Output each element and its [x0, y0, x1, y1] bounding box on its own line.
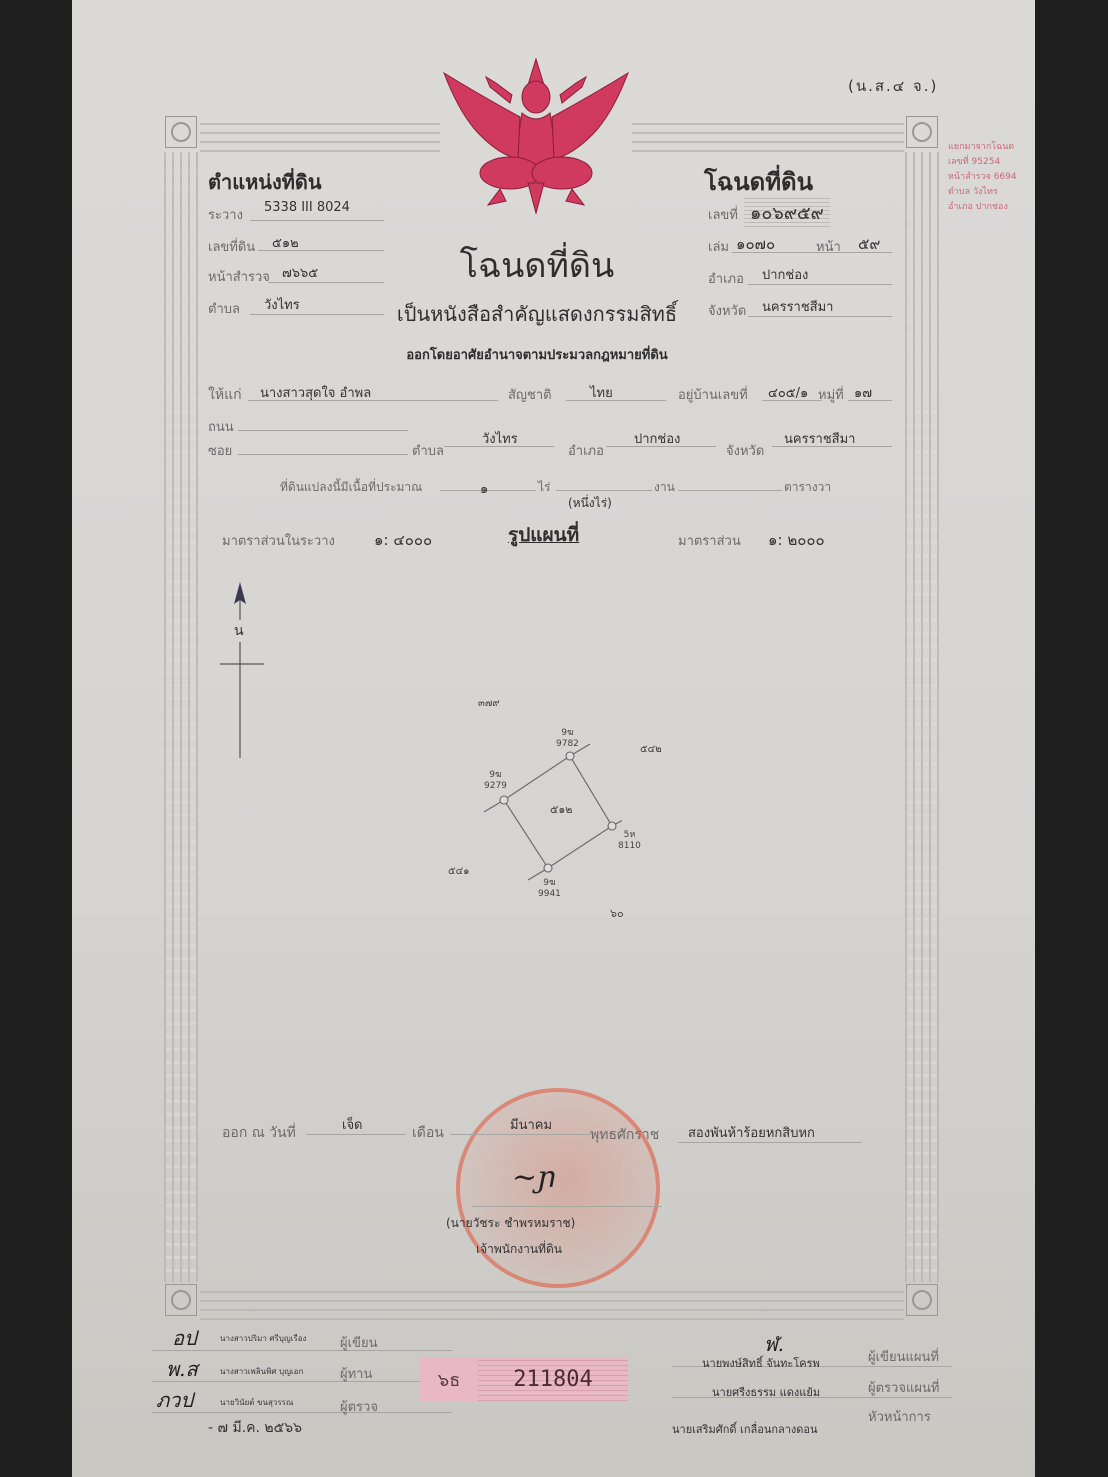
neighbor-left: ๕๔๑: [448, 866, 469, 877]
province-label: จังหวัด: [708, 300, 746, 321]
rawang-label: ระวาง: [208, 204, 243, 225]
neighbor-bottom: ๖๐: [610, 908, 624, 919]
survey-page-value: ๗๖๖๕: [282, 262, 318, 283]
staff-date: - ๗ มี.ค. ๒๕๖๖: [208, 1417, 452, 1439]
wa-label: ตารางวา: [784, 478, 831, 497]
road-label: ถนน: [208, 416, 234, 437]
security-border-top: [632, 116, 904, 152]
address-province-label: จังหวัด: [726, 440, 764, 461]
officer-title: เจ้าพนักงานที่ดิน: [476, 1240, 562, 1259]
north-arrow-icon: [218, 580, 268, 760]
neighbor-right: ๕๔๒: [640, 744, 662, 755]
corner-ornament-icon: [906, 1284, 938, 1316]
survey-page-label: หน้าสำรวจ: [208, 266, 270, 287]
house-no-label: อยู่บ้านเลขที่: [678, 384, 748, 405]
rawang-scale-label: มาตราส่วนในระวาง: [222, 530, 335, 551]
address-amphoe-label: อำเภอ: [568, 440, 604, 461]
neighbor-top: ๓๗๙: [478, 698, 500, 709]
year-label: พุทธศักราช: [590, 1124, 659, 1146]
land-title-deed: (น.ส.๔ จ.) แยกมาจากโฉนด เลขที่ 95254 หน้…: [72, 0, 1035, 1477]
map-scale-label: มาตราส่วน: [678, 530, 741, 551]
boundary-marker-label: 5ห8110: [618, 830, 641, 852]
rawang-scale-value: ๑: ๔๐๐๐: [374, 528, 432, 552]
tambon-label: ตำบล: [208, 298, 240, 319]
soi-label: ซอย: [208, 440, 232, 461]
tambon-value: วังไทร: [264, 294, 300, 315]
moo-label: หมู่ที่: [818, 384, 844, 405]
document-title: โฉนดที่ดิน: [402, 238, 672, 292]
deed-number-label: เลขที่: [708, 204, 738, 225]
officer-name: (นายวัชระ ชำพรหมราช): [446, 1214, 575, 1233]
corner-ornament-icon: [165, 1284, 197, 1316]
document-authority: ออกโดยอาศัยอำนาจตามประมวลกฎหมายที่ดิน: [372, 344, 702, 365]
nationality-label: สัญชาติ: [508, 384, 552, 405]
rai-label: ไร่: [538, 478, 550, 497]
issue-date-label: ออก ณ วันที่: [222, 1122, 296, 1144]
amphoe-label: อำเภอ: [708, 268, 744, 289]
deed-number-value: ๑๐๖๙๕๙: [744, 198, 830, 227]
document-subtitle: เป็นหนังสือสำคัญแสดงกรรมสิทธิ์: [362, 298, 712, 330]
form-code: (น.ส.๔ จ.): [848, 74, 938, 98]
security-border-bottom: [200, 1284, 904, 1320]
map-heading: รูปแผนที่: [508, 520, 579, 550]
map-scale-value: ๑: ๒๐๐๐: [768, 528, 825, 552]
deed-heading: โฉนดที่ดิน: [704, 162, 813, 201]
security-border-right: [905, 152, 939, 1282]
province-value: นครราชสีมา: [762, 296, 833, 317]
staff-left: อป นางสาวปริมา ศรีบุญเรือง ผู้เขียน พ.ส …: [152, 1322, 452, 1439]
address-tambon-label: ตำบล: [412, 440, 444, 461]
ngan-label: งาน: [654, 478, 675, 497]
garuda-emblem-icon: [440, 55, 632, 217]
issue-year: สองพันห้าร้อยหกสิบหก: [688, 1122, 815, 1143]
officer-signature: ~ɲ: [512, 1160, 556, 1195]
land-location-heading: ตำแหน่งที่ดิน: [208, 166, 322, 198]
serial-number: 211804: [478, 1357, 628, 1401]
boundary-marker-label: 9ฆ9782: [556, 728, 579, 750]
issue-day: เจ็ด: [342, 1114, 363, 1135]
parcel-no-label: เลขที่ดิน: [208, 236, 255, 257]
book-label: เล่ม: [708, 236, 729, 257]
corner-ornament-icon: [906, 116, 938, 148]
staff-right: ฬ. นายพงษ์สิทธิ์ จันทะโครพ ผู้เขียนแผนที…: [672, 1330, 952, 1438]
month-label: เดือน: [412, 1122, 444, 1144]
area-in-words: (หนึ่งไร่): [568, 494, 612, 513]
rawang-value: 5338 III 8024: [264, 200, 350, 215]
area-intro: ที่ดินแปลงนี้มีเนื้อที่ประมาณ: [280, 478, 422, 497]
parcel-number-label: ๕๑๒: [550, 804, 573, 815]
area-rai-value: ๑: [480, 478, 488, 499]
boundary-marker-label: 9ฆ9941: [538, 878, 561, 900]
page-label: หน้า: [816, 236, 841, 257]
issue-month: มีนาคม: [510, 1114, 552, 1135]
corner-ornament-icon: [165, 116, 197, 148]
north-label: น: [234, 620, 244, 642]
serial-box: ๖ธ 211804: [420, 1357, 628, 1401]
serial-prefix: ๖ธ: [420, 1365, 478, 1394]
security-border-top: [200, 116, 440, 152]
amphoe-value: ปากช่อง: [762, 264, 808, 285]
boundary-marker-label: 9ฆ9279: [484, 770, 507, 792]
side-note: แยกมาจากโฉนด เลขที่ 95254 หน้าสำรวจ 6694…: [948, 140, 1017, 215]
to-label: ให้แก่: [208, 384, 242, 406]
security-border-left: [164, 152, 198, 1282]
parcel-map: [472, 730, 622, 890]
